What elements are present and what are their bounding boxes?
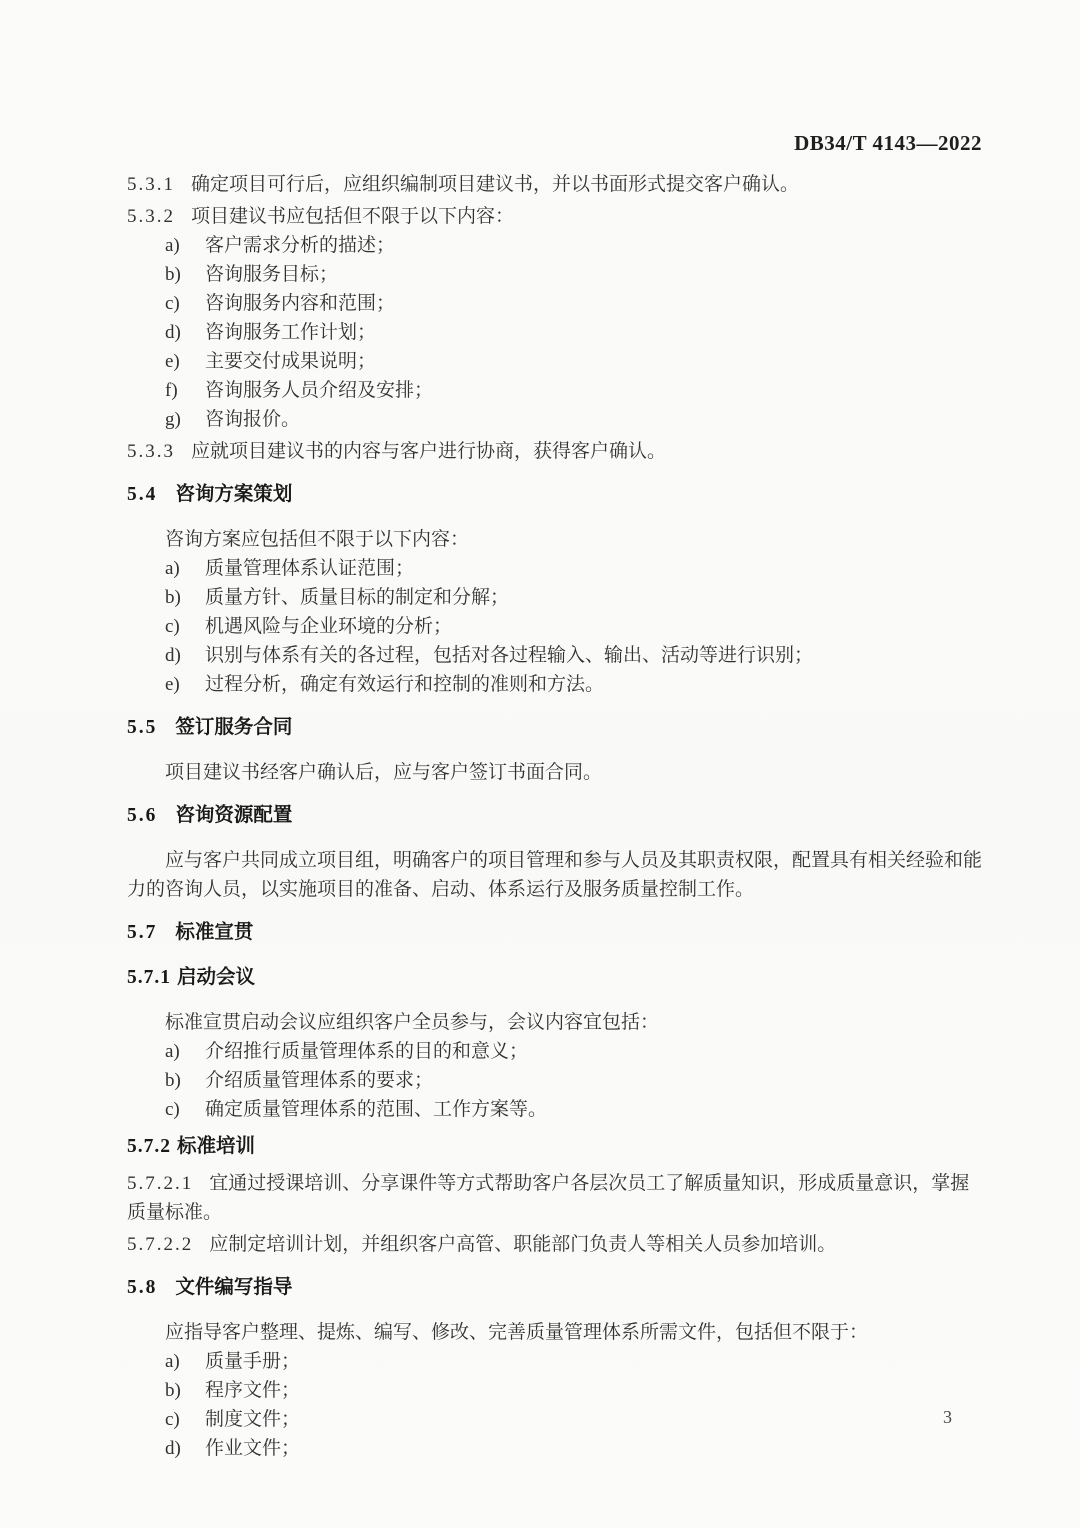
document-page: DB34/T 4143—2022 5.3.1确定项目可行后，应组织编制项目建议书… <box>0 0 1080 1528</box>
item-letter: d) <box>165 1434 205 1463</box>
list-item: c)咨询服务内容和范围； <box>127 289 982 318</box>
item-letter: e) <box>165 670 205 699</box>
paragraph: 咨询方案应包括但不限于以下内容： <box>127 525 982 554</box>
clause-5-3-1: 5.3.1确定项目可行后，应组织编制项目建议书，并以书面形式提交客户确认。 <box>127 170 982 199</box>
item-letter: a) <box>165 1347 205 1376</box>
heading-title: 文件编写指导 <box>175 1277 292 1298</box>
clause-text: 宜通过授课培训、分享课件等方式帮助客户各层次员工了解质量知识，形成质量意识，掌握… <box>127 1173 969 1223</box>
heading-number: 5.8 <box>127 1277 157 1298</box>
heading-title: 咨询方案策划 <box>175 484 292 505</box>
heading-title: 咨询资源配置 <box>175 805 292 826</box>
item-letter: a) <box>165 231 205 260</box>
paragraph: 应指导客户整理、提炼、编写、修改、完善质量管理体系所需文件，包括但不限于： <box>127 1318 982 1347</box>
item-letter: a) <box>165 554 205 583</box>
list-item: a)介绍推行质量管理体系的目的和意义； <box>127 1037 982 1066</box>
list-item: b)介绍质量管理体系的要求； <box>127 1066 982 1095</box>
heading-number: 5.7 <box>127 922 157 943</box>
heading-title: 标准培训 <box>177 1136 255 1157</box>
heading-number: 5.7.2 <box>127 1136 171 1157</box>
clause-text: 应制定培训计划，并组织客户高管、职能部门负责人等相关人员参加培训。 <box>209 1234 836 1255</box>
heading-5-5: 5.5签订服务合同 <box>127 713 982 742</box>
item-text: 程序文件； <box>205 1380 300 1401</box>
paragraph: 项目建议书经客户确认后，应与客户签订书面合同。 <box>127 758 982 787</box>
item-letter: f) <box>165 376 205 405</box>
item-text: 咨询报价。 <box>205 409 300 430</box>
list-item: a)客户需求分析的描述； <box>127 231 982 260</box>
heading-5-8: 5.8文件编写指导 <box>127 1273 982 1302</box>
list-item: b)质量方针、质量目标的制定和分解； <box>127 583 982 612</box>
item-text: 质量管理体系认证范围； <box>205 558 414 579</box>
item-letter: c) <box>165 1095 205 1124</box>
clause-5-3-3: 5.3.3应就项目建议书的内容与客户进行协商，获得客户确认。 <box>127 437 982 466</box>
list-item: e)主要交付成果说明； <box>127 347 982 376</box>
heading-5-7-2: 5.7.2标准培训 <box>127 1132 982 1161</box>
clause-5-7-2-2: 5.7.2.2应制定培训计划，并组织客户高管、职能部门负责人等相关人员参加培训。 <box>127 1230 982 1259</box>
item-text: 咨询服务人员介绍及安排； <box>205 380 433 401</box>
clause-5-3-2: 5.3.2项目建议书应包括但不限于以下内容： <box>127 202 982 231</box>
item-letter: b) <box>165 583 205 612</box>
heading-title: 启动会议 <box>177 967 255 988</box>
item-letter: d) <box>165 641 205 670</box>
heading-title: 标准宣贯 <box>175 922 253 943</box>
item-letter: g) <box>165 405 205 434</box>
item-letter: c) <box>165 289 205 318</box>
item-letter: d) <box>165 318 205 347</box>
heading-number: 5.4 <box>127 484 157 505</box>
list-item: d)咨询服务工作计划； <box>127 318 982 347</box>
list-item: e)过程分析，确定有效运行和控制的准则和方法。 <box>127 670 982 699</box>
item-text: 咨询服务工作计划； <box>205 322 376 343</box>
item-text: 过程分析，确定有效运行和控制的准则和方法。 <box>205 674 604 695</box>
clause-text: 项目建议书应包括但不限于以下内容： <box>191 206 514 227</box>
item-text: 客户需求分析的描述； <box>205 235 395 256</box>
clause-number: 5.3.1 <box>127 174 175 195</box>
item-text: 介绍推行质量管理体系的目的和意义； <box>205 1041 528 1062</box>
clause-number: 5.7.2.1 <box>127 1173 193 1194</box>
item-text: 质量手册； <box>205 1351 300 1372</box>
heading-number: 5.6 <box>127 805 157 826</box>
item-letter: b) <box>165 1066 205 1095</box>
item-letter: a) <box>165 1037 205 1066</box>
heading-5-6: 5.6咨询资源配置 <box>127 801 982 830</box>
item-letter: c) <box>165 1405 205 1434</box>
list-item: c)确定质量管理体系的范围、工作方案等。 <box>127 1095 982 1124</box>
list-item: d)识别与体系有关的各过程，包括对各过程输入、输出、活动等进行识别； <box>127 641 982 670</box>
list-item: a)质量管理体系认证范围； <box>127 554 982 583</box>
item-text: 制度文件； <box>205 1409 300 1430</box>
item-letter: c) <box>165 612 205 641</box>
doc-code-header: DB34/T 4143—2022 <box>127 0 982 157</box>
clause-text: 确定项目可行后，应组织编制项目建议书，并以书面形式提交客户确认。 <box>191 174 799 195</box>
clause-text: 应就项目建议书的内容与客户进行协商，获得客户确认。 <box>191 441 666 462</box>
item-letter: b) <box>165 1376 205 1405</box>
paragraph: 应与客户共同成立项目组，明确客户的项目管理和参与人员及其职责权限，配置具有相关经… <box>127 846 982 904</box>
heading-5-4: 5.4咨询方案策划 <box>127 480 982 509</box>
item-text: 作业文件； <box>205 1438 300 1459</box>
paragraph: 标准宣贯启动会议应组织客户全员参与，会议内容宜包括： <box>127 1008 982 1037</box>
item-text: 介绍质量管理体系的要求； <box>205 1070 433 1091</box>
heading-5-7: 5.7标准宣贯 <box>127 918 982 947</box>
heading-title: 签订服务合同 <box>175 717 292 738</box>
page-number: 3 <box>943 1407 952 1428</box>
item-text: 咨询服务内容和范围； <box>205 293 395 314</box>
heading-number: 5.5 <box>127 717 157 738</box>
clause-5-7-2-1: 5.7.2.1宜通过授课培训、分享课件等方式帮助客户各层次员工了解质量知识，形成… <box>127 1169 982 1227</box>
list-item: c)制度文件； <box>127 1405 982 1434</box>
list-item: g)咨询报价。 <box>127 405 982 434</box>
item-text: 咨询服务目标； <box>205 264 338 285</box>
clause-number: 5.3.3 <box>127 441 175 462</box>
item-text: 质量方针、质量目标的制定和分解； <box>205 587 509 608</box>
item-letter: b) <box>165 260 205 289</box>
item-text: 确定质量管理体系的范围、工作方案等。 <box>205 1099 547 1120</box>
item-text: 主要交付成果说明； <box>205 351 376 372</box>
list-item: a)质量手册； <box>127 1347 982 1376</box>
clause-number: 5.7.2.2 <box>127 1234 193 1255</box>
list-item: b)程序文件； <box>127 1376 982 1405</box>
clause-number: 5.3.2 <box>127 206 175 227</box>
item-text: 识别与体系有关的各过程，包括对各过程输入、输出、活动等进行识别； <box>205 645 813 666</box>
heading-number: 5.7.1 <box>127 967 171 988</box>
list-item: c)机遇风险与企业环境的分析； <box>127 612 982 641</box>
list-item: b)咨询服务目标； <box>127 260 982 289</box>
item-text: 机遇风险与企业环境的分析； <box>205 616 452 637</box>
list-item: d)作业文件； <box>127 1434 982 1463</box>
heading-5-7-1: 5.7.1启动会议 <box>127 963 982 992</box>
list-item: f)咨询服务人员介绍及安排； <box>127 376 982 405</box>
item-letter: e) <box>165 347 205 376</box>
